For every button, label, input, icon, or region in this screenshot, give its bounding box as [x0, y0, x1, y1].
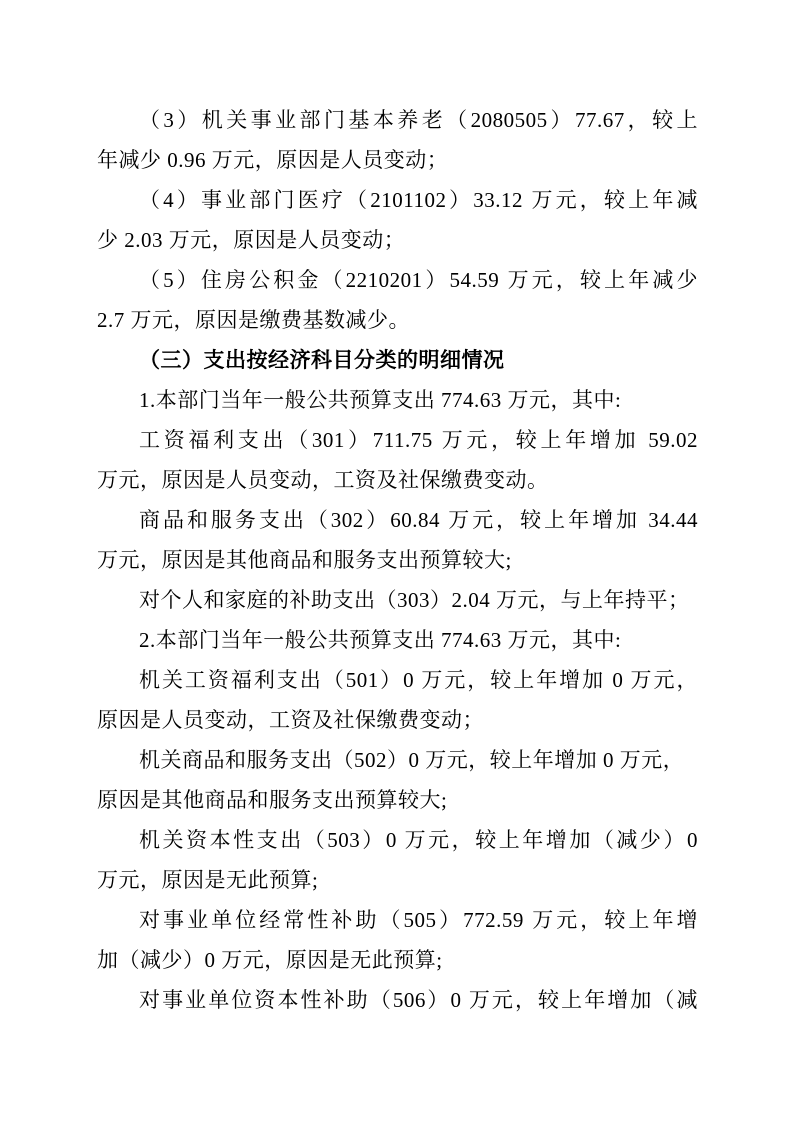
- text-line: （3）机关事业部门基本养老（2080505）77.67，较上: [97, 100, 698, 140]
- text-line: 机关资本性支出（503）0 万元，较上年增加（减少）0: [97, 820, 698, 860]
- text-line: 工资福利支出（301）711.75 万元，较上年增加 59.02: [97, 420, 698, 460]
- text-line: 机关商品和服务支出（502）0 万元，较上年增加 0 万元，: [97, 740, 698, 780]
- text-line: 原因是人员变动，工资及社保缴费变动；: [97, 700, 698, 740]
- text-line: 对个人和家庭的补助支出（303）2.04 万元，与上年持平；: [97, 580, 698, 620]
- text-line: 对事业单位经常性补助（505）772.59 万元，较上年增: [97, 900, 698, 940]
- document-text-block: （3）机关事业部门基本养老（2080505）77.67，较上年减少 0.96 万…: [97, 100, 698, 1020]
- text-line: 机关工资福利支出（501）0 万元，较上年增加 0 万元，: [97, 660, 698, 700]
- text-line: 原因是其他商品和服务支出预算较大;: [97, 780, 698, 820]
- text-line: 2.7 万元，原因是缴费基数减少。: [97, 300, 698, 340]
- text-line: 加（减少）0 万元，原因是无此预算;: [97, 940, 698, 980]
- text-line: 2.本部门当年一般公共预算支出 774.63 万元，其中:: [97, 620, 698, 660]
- text-line: 万元，原因是无此预算;: [97, 860, 698, 900]
- text-line: 少 2.03 万元，原因是人员变动；: [97, 220, 698, 260]
- text-line: 万元，原因是人员变动，工资及社保缴费变动。: [97, 460, 698, 500]
- text-line: 对事业单位资本性补助（506）0 万元，较上年增加（减: [97, 980, 698, 1020]
- text-line: 年减少 0.96 万元，原因是人员变动；: [97, 140, 698, 180]
- document-page: （3）机关事业部门基本养老（2080505）77.67，较上年减少 0.96 万…: [0, 0, 793, 1122]
- text-line: 商品和服务支出（302）60.84 万元，较上年增加 34.44: [97, 500, 698, 540]
- text-line: （5）住房公积金（2210201）54.59 万元，较上年减少: [97, 260, 698, 300]
- text-line: 1.本部门当年一般公共预算支出 774.63 万元，其中:: [97, 380, 698, 420]
- section-heading: （三）支出按经济科目分类的明细情况: [97, 340, 698, 380]
- text-line: 万元，原因是其他商品和服务支出预算较大;: [97, 540, 698, 580]
- text-line: （4）事业部门医疗（2101102）33.12 万元，较上年减: [97, 180, 698, 220]
